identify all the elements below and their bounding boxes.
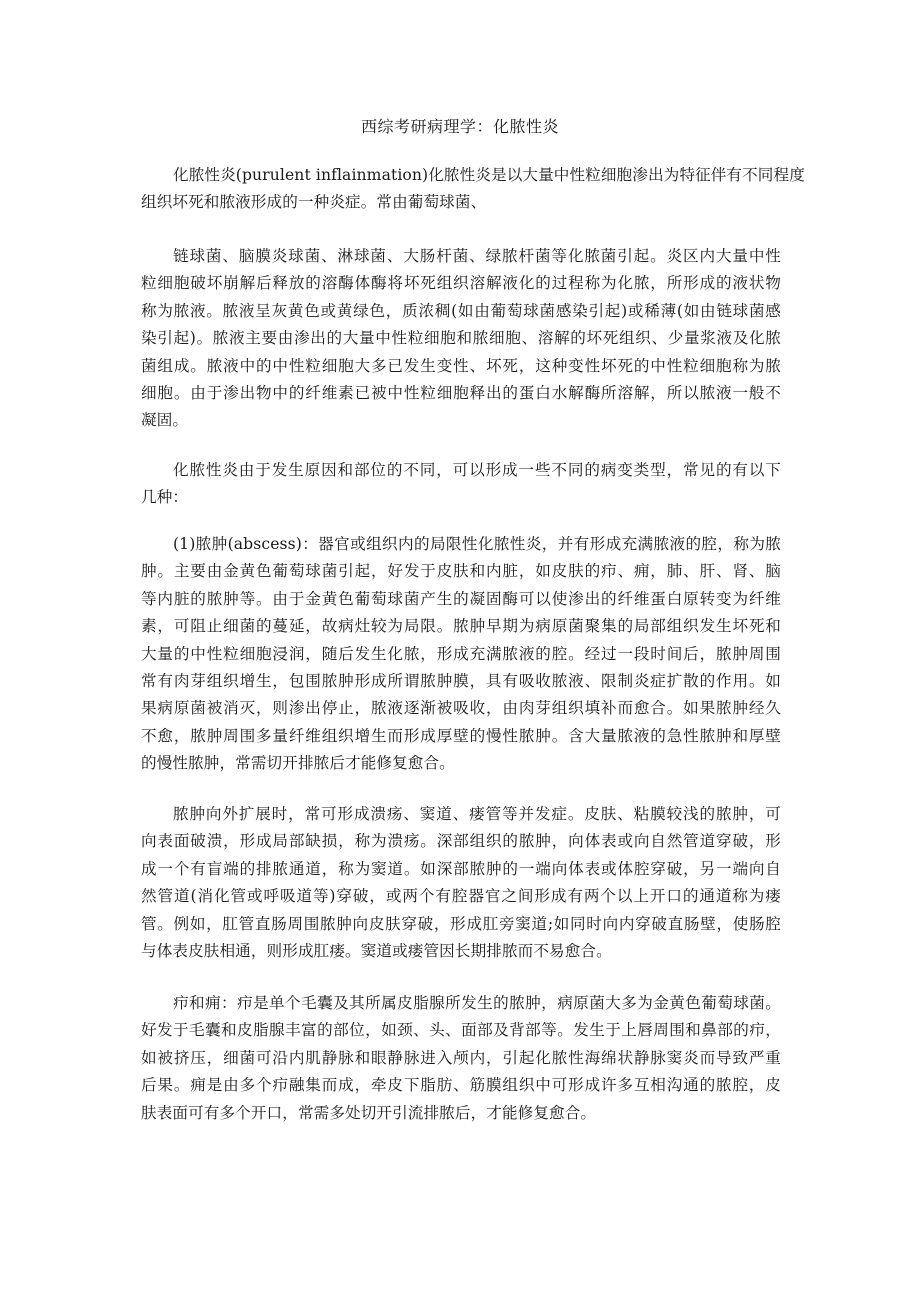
paragraph-line: 素，可阻止细菌的蔓延，故病灶较为局限。脓肿早期为病原菌聚集的局部组织发生坏死和 — [141, 613, 781, 640]
paragraph-line: 凝固。 — [141, 407, 781, 434]
paragraph-line: 向表面破溃，形成局部缺损，称为溃疡。深部组织的脓肿，向体表或向自然管道穿破，形 — [141, 828, 781, 855]
paragraph-line: 化脓性炎由于发生原因和部位的不同，可以形成一些不同的病变类型，常见的有以下 — [141, 457, 781, 484]
paragraph-line: 组织坏死和脓液形成的一种炎症。常由葡萄球菌、 — [141, 189, 781, 216]
document-page: 西综考研病理学：化脓性炎 化脓性炎(purulent inflainmation… — [0, 0, 920, 1302]
paragraph-line: 染引起)。脓液主要由渗出的大量中性粒细胞和脓细胞、溶解的坏死组织、少量浆液及化脓 — [141, 325, 781, 352]
paragraph-line: 与体表皮肤相通，则形成肛瘘。窦道或瘘管因长期排脓而不易愈合。 — [141, 938, 781, 965]
paragraph-line: 肿。主要由金黄色葡萄球菌引起，好发于皮肤和内脏，如皮肤的疖、痈，肺、肝、肾、脑 — [141, 558, 781, 585]
paragraph-line: 后果。痈是由多个疖融集而成，牵皮下脂肪、筋膜组织中可形成许多互相沟通的脓腔，皮 — [141, 1072, 781, 1099]
paragraph-abscess: (1)脓肿(abscess)：器官或组织内的局限性化脓性炎，并有形成充满脓液的腔… — [141, 531, 781, 778]
paragraph-line: 几种： — [141, 484, 781, 511]
paragraph-line: 等内脏的脓肿等。由于金黄色葡萄球菌产生的凝固酶可以使渗出的纤维蛋白原转变为纤维 — [141, 586, 781, 613]
paragraph-line: 肤表面可有多个开口，常需多处切开引流排脓后，才能修复愈合。 — [141, 1100, 781, 1127]
paragraph-line: 好发于毛囊和皮脂腺丰富的部位，如颈、头、面部及背部等。发生于上唇周围和鼻部的疖， — [141, 1017, 781, 1044]
paragraph-line: 称为脓液。脓液呈灰黄色或黄绿色，质浓稠(如由葡萄球菌感染引起)或稀薄(如由链球菌… — [141, 298, 781, 325]
paragraph-line: (1)脓肿(abscess)：器官或组织内的局限性化脓性炎，并有形成充满脓液的腔… — [141, 531, 781, 558]
paragraph-furuncle-carbuncle: 疖和痈：疖是单个毛囊及其所属皮脂腺所发生的脓肿，病原菌大多为金黄色葡萄球菌。 好… — [141, 990, 781, 1127]
paragraph-line: 疖和痈：疖是单个毛囊及其所属皮脂腺所发生的脓肿，病原菌大多为金黄色葡萄球菌。 — [141, 990, 781, 1017]
paragraph-line: 脓肿向外扩展时，常可形成溃疡、窦道、瘘管等并发症。皮肤、粘膜较浅的脓肿，可 — [141, 801, 781, 828]
paragraph-line: 然管道(消化管或呼吸道等)穿破，或两个有腔器官之间形成有两个以上开口的通道称为瘘 — [141, 883, 781, 910]
paragraph-line: 不愈，脓肿周围多量纤维组织增生而形成厚壁的慢性脓肿。含大量脓液的急性脓肿和厚壁 — [141, 723, 781, 750]
paragraph-line: 化脓性炎(purulent inflainmation)化脓性炎是以大量中性粒细… — [141, 162, 781, 189]
paragraph-line: 果病原菌被消灭，则渗出停止，脓液逐渐被吸收，由肉芽组织填补而愈合。如果脓肿经久 — [141, 695, 781, 722]
document-title: 西综考研病理学：化脓性炎 — [0, 116, 920, 138]
paragraph-types-intro: 化脓性炎由于发生原因和部位的不同，可以形成一些不同的病变类型，常见的有以下 几种… — [141, 457, 781, 512]
paragraph-line: 粒细胞破坏崩解后释放的溶酶体酶将坏死组织溶解液化的过程称为化脓，所形成的液状物 — [141, 270, 781, 297]
paragraph-line: 链球菌、脑膜炎球菌、淋球菌、大肠杆菌、绿脓杆菌等化脓菌引起。炎区内大量中性 — [141, 243, 781, 270]
paragraph-line: 细胞。由于渗出物中的纤维素已被中性粒细胞释出的蛋白水解酶所溶解，所以脓液一般不 — [141, 380, 781, 407]
paragraph-line: 管。例如，肛管直肠周围脓肿向皮肤穿破，形成肛旁窦道;如同时向内穿破直肠壁，使肠腔 — [141, 911, 781, 938]
paragraph-line: 大量的中性粒细胞浸润，随后发生化脓，形成充满脓液的腔。经过一段时间后，脓肿周围 — [141, 641, 781, 668]
paragraph-line: 常有肉芽组织增生，包围脓肿形成所谓脓肿膜，具有吸收脓液、限制炎症扩散的作用。如 — [141, 668, 781, 695]
paragraph-line: 如被挤压，细菌可沿内肌静脉和眼静脉进入颅内，引起化脓性海绵状静脉窦炎而导致严重 — [141, 1045, 781, 1072]
paragraph-line: 的慢性脓肿，常需切开排脓后才能修复愈合。 — [141, 750, 781, 777]
paragraph-line: 成一个有盲端的排脓通道，称为窦道。如深部脓肿的一端向体表或体腔穿破，另一端向自 — [141, 856, 781, 883]
paragraph-intro: 化脓性炎(purulent inflainmation)化脓性炎是以大量中性粒细… — [141, 162, 781, 217]
paragraph-line: 菌组成。脓液中的中性粒细胞大多已发生变性、坏死，这种变性坏死的中性粒细胞称为脓 — [141, 353, 781, 380]
paragraph-ulcer-sinus-fistula: 脓肿向外扩展时，常可形成溃疡、窦道、瘘管等并发症。皮肤、粘膜较浅的脓肿，可 向表… — [141, 801, 781, 965]
paragraph-pathogens: 链球菌、脑膜炎球菌、淋球菌、大肠杆菌、绿脓杆菌等化脓菌引起。炎区内大量中性 粒细… — [141, 243, 781, 435]
